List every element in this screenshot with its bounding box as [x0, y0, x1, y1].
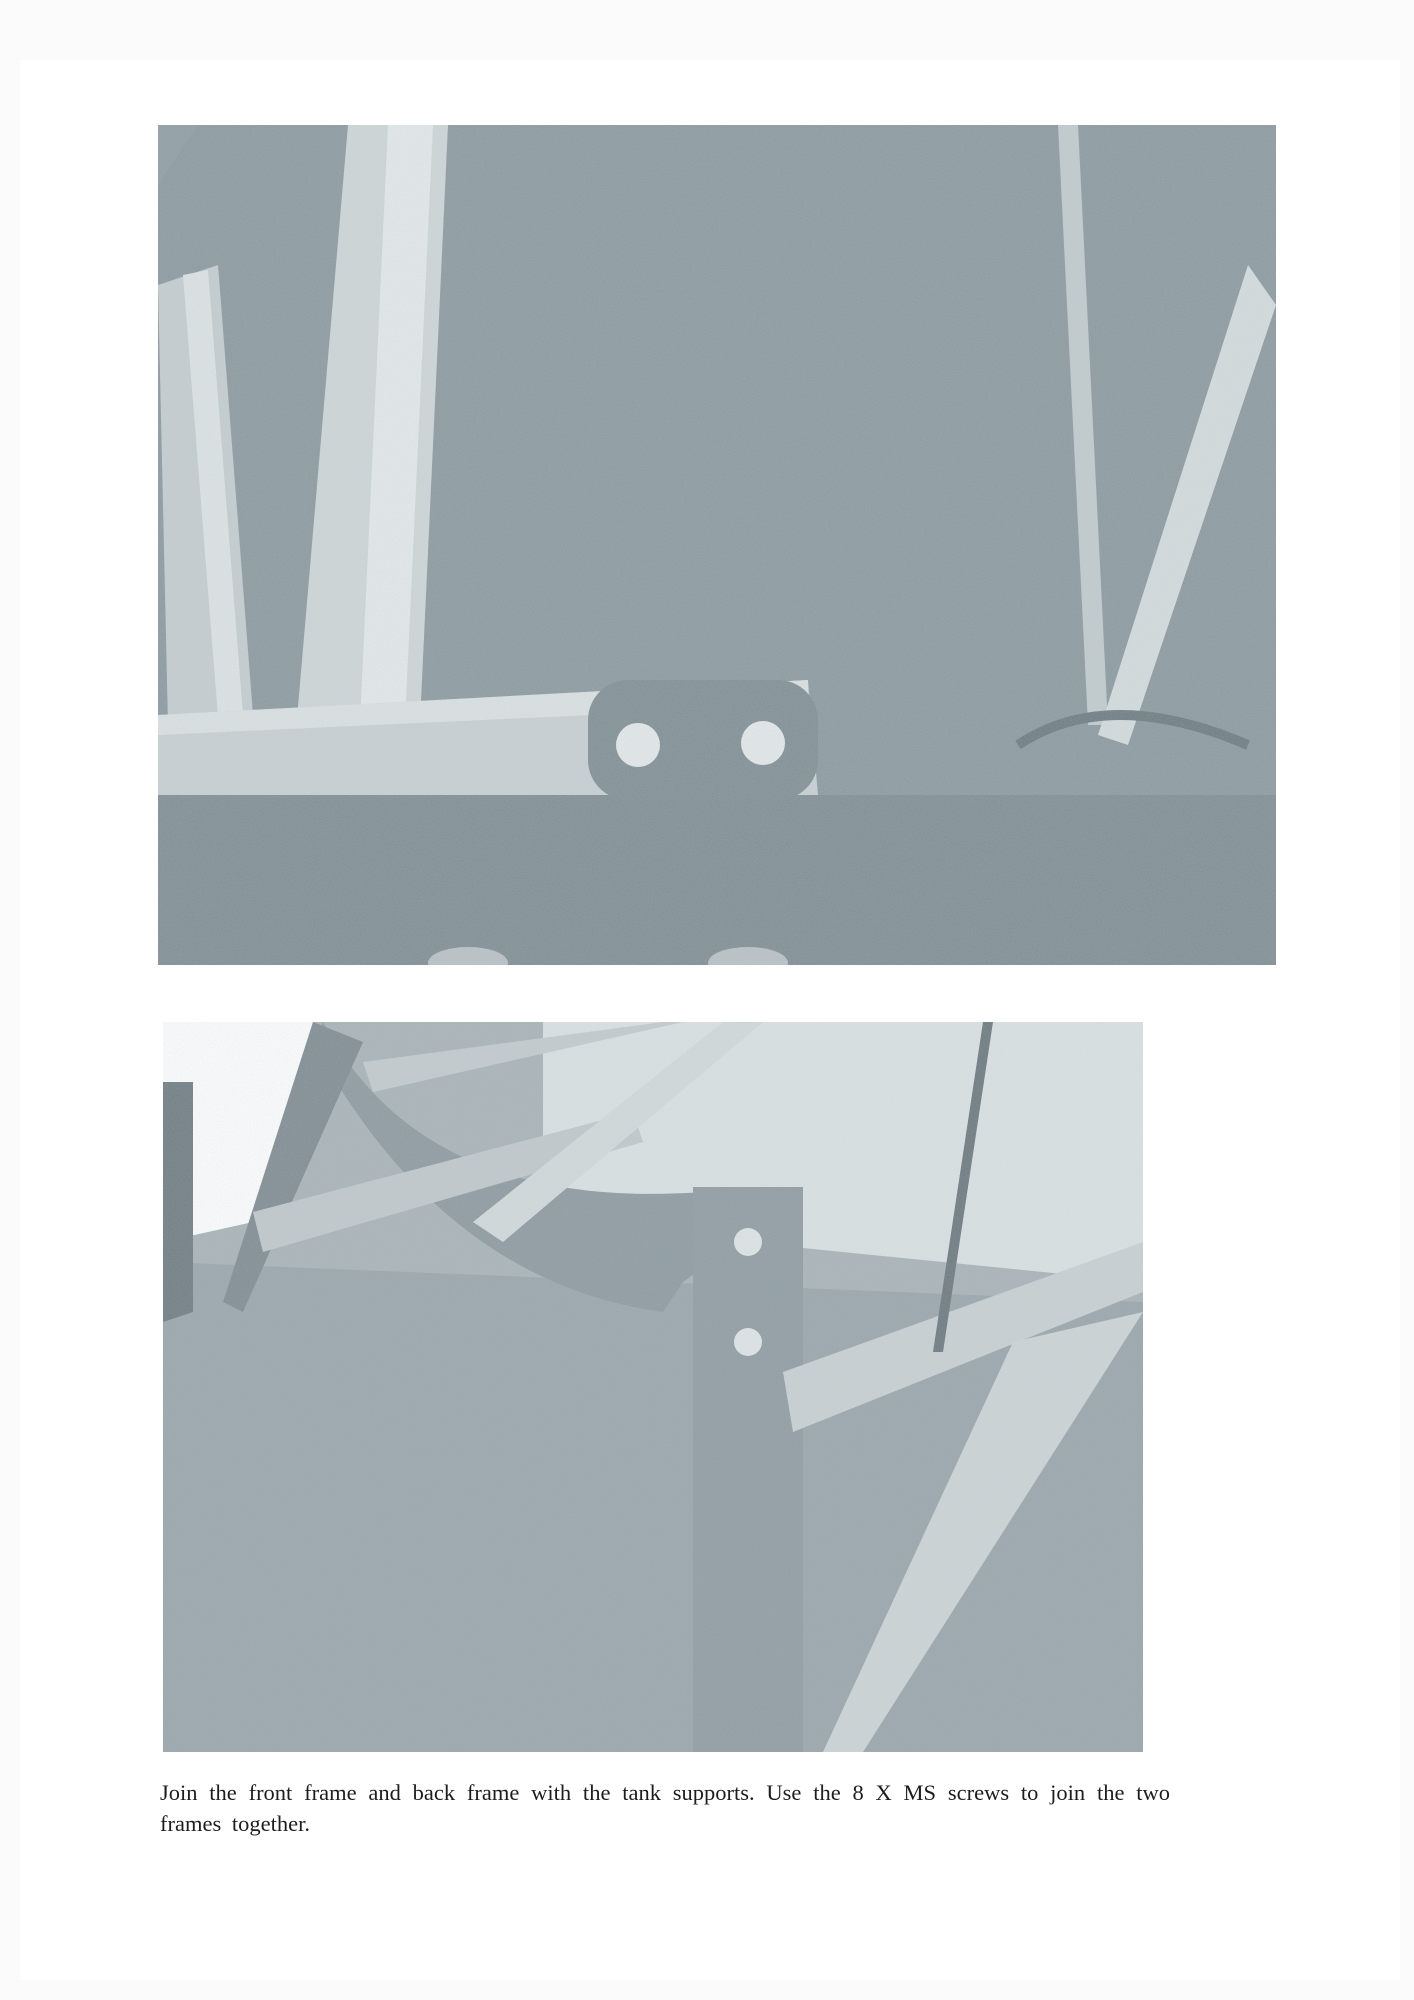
instruction-caption: Join the front frame and back frame with… — [160, 1777, 1170, 1839]
photo-tank-support-assembly — [163, 1022, 1143, 1752]
photo-frame-bolt-joint — [158, 125, 1276, 965]
